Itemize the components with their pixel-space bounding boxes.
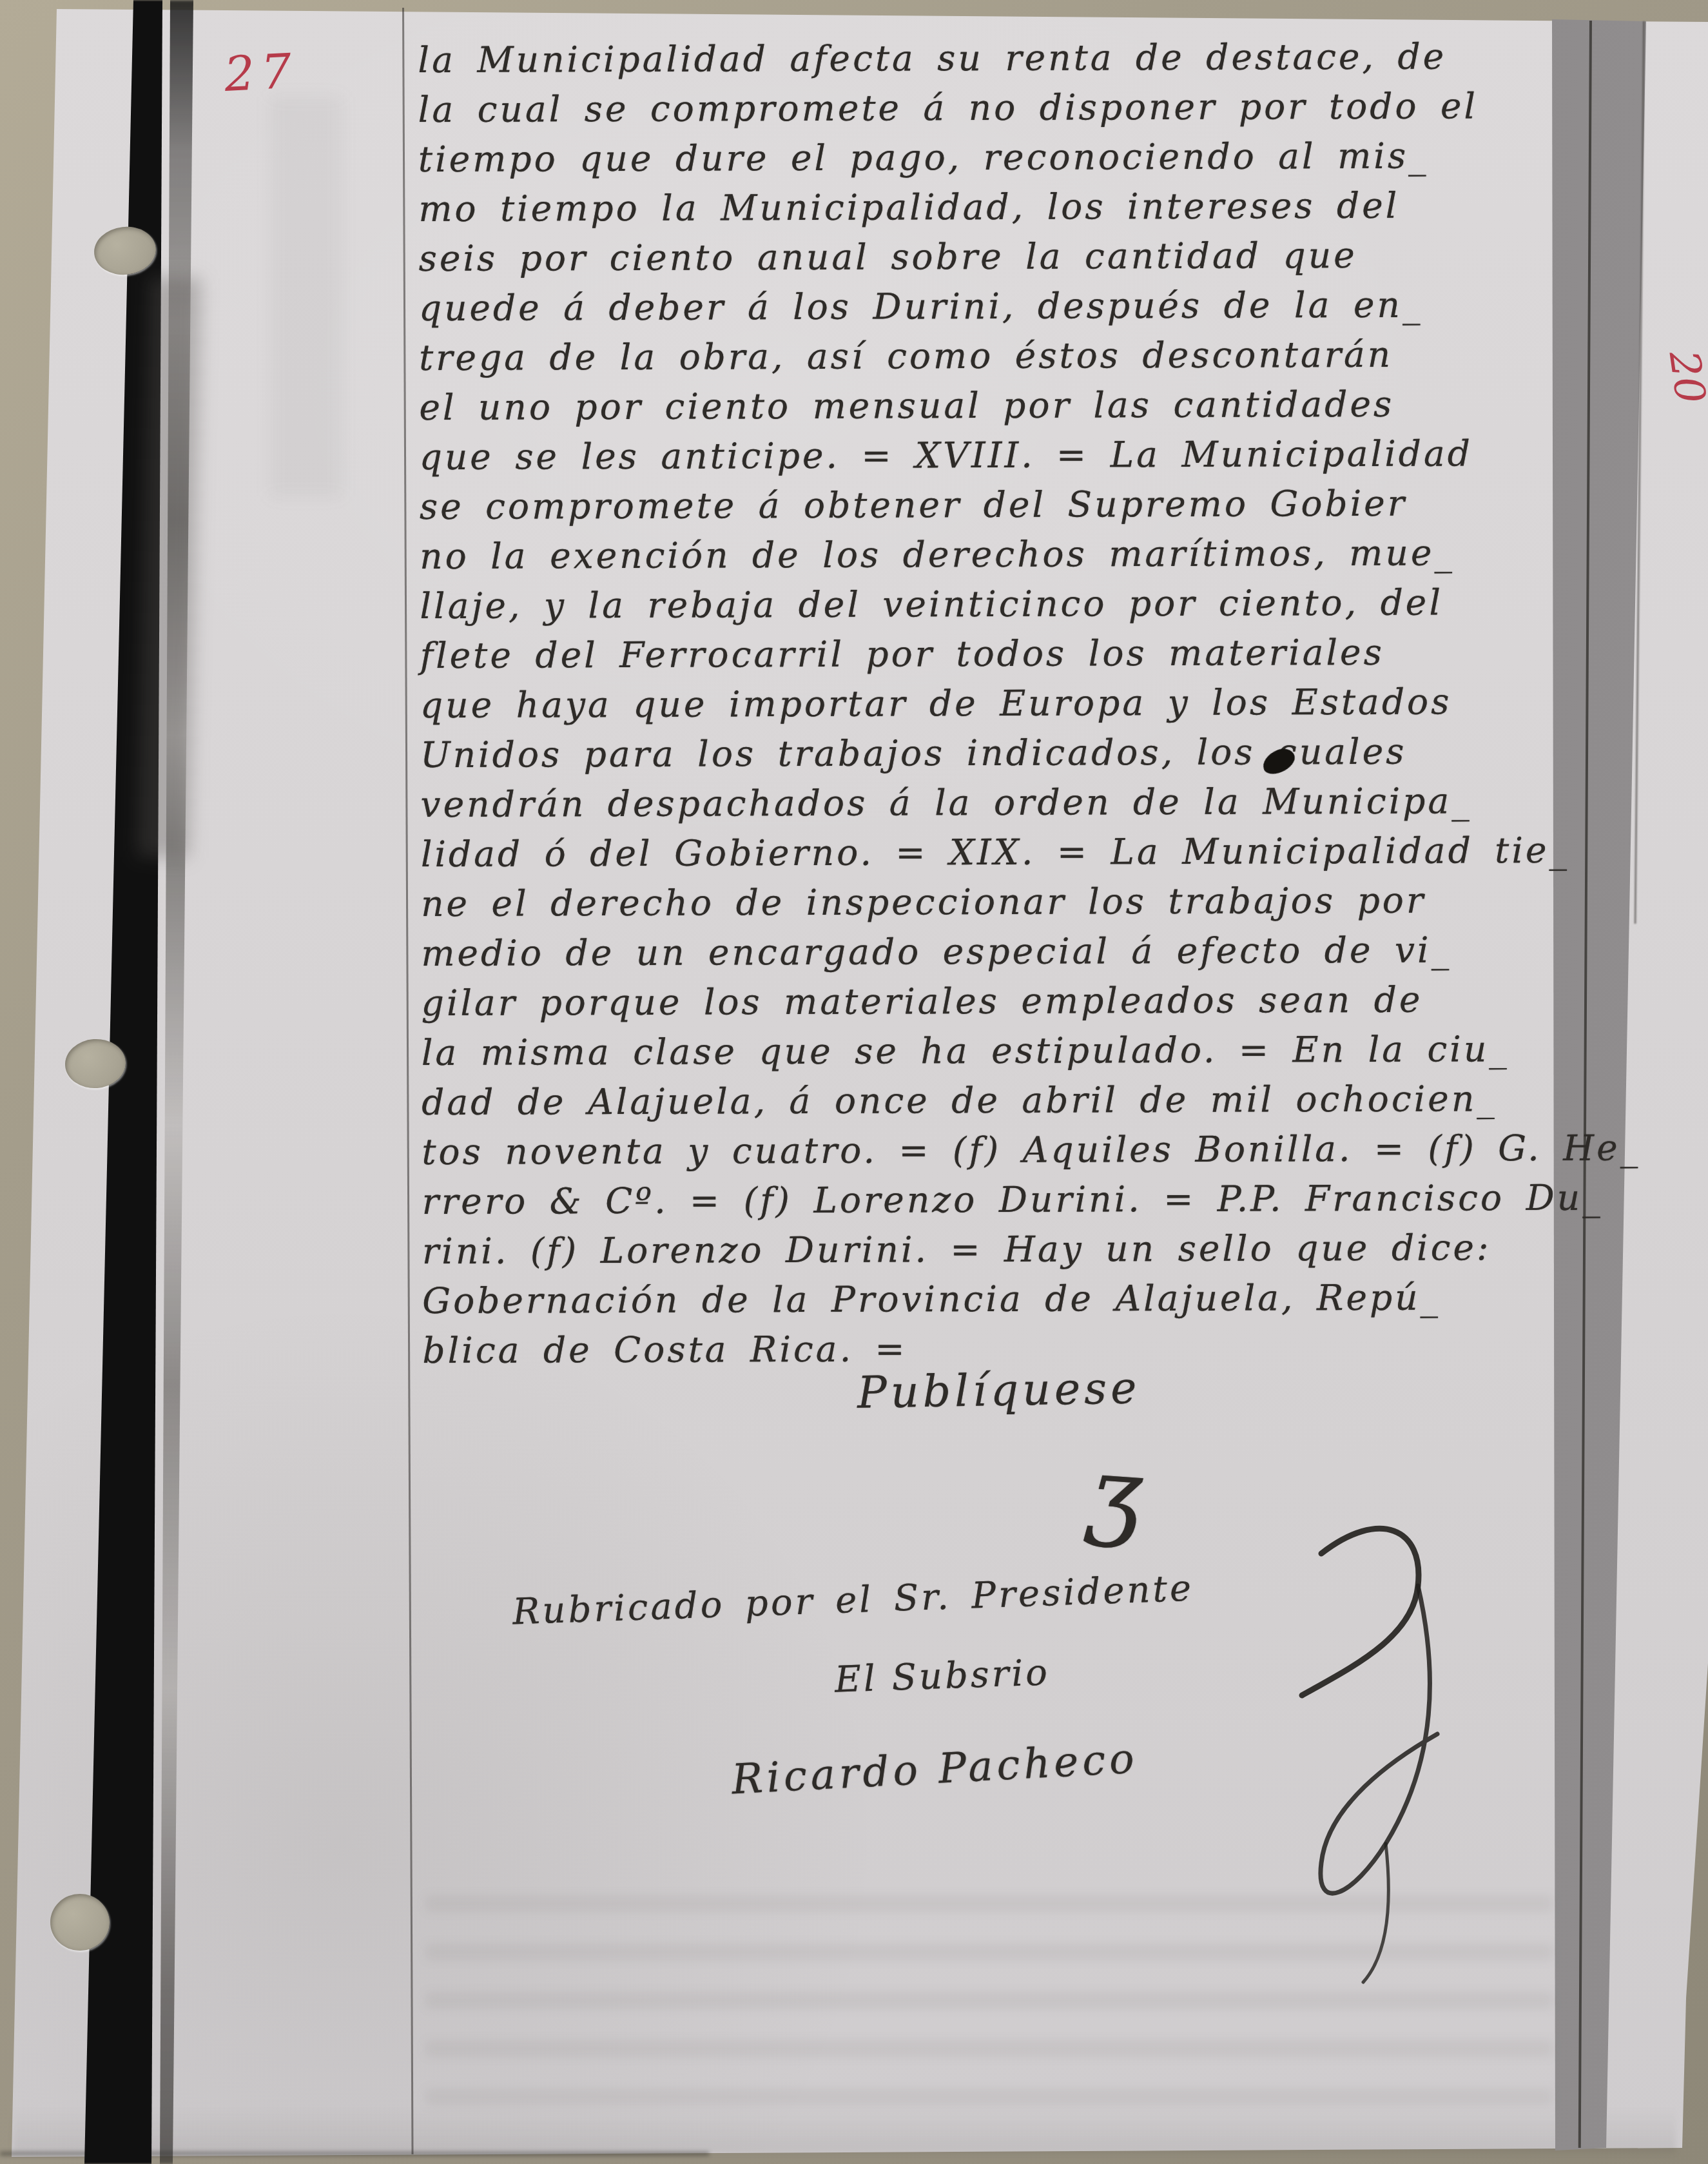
manuscript-line: trega de la obra, así como éstos descont…	[419, 329, 1553, 383]
manuscript-line: medio de un encargado especial á efecto …	[421, 925, 1555, 979]
manuscript-line: Gobernación de la Provincia de Alajuela,…	[422, 1272, 1557, 1326]
rubric-flourish: ʒ	[1084, 1436, 1147, 1551]
manuscript-line: la Municipalidad afecta su renta de dest…	[418, 32, 1552, 85]
manuscript-line: la cual se compromete á no disponer por …	[418, 81, 1553, 135]
manuscript-line: rrero & Cº. = (f) Lorenzo Durini. = P.P.…	[422, 1173, 1557, 1227]
punch-hole-bottom	[50, 1894, 110, 1951]
manuscript-line: flete del Ferrocarril por todos los mate…	[420, 627, 1555, 681]
scanned-manuscript-photo: 27 20 la Municipalidad afecta su renta d…	[0, 0, 1708, 2164]
secretary-title-line: El Subsrio	[834, 1652, 1051, 1701]
manuscript-line: que se les anticipe. = XVIII. = La Munic…	[420, 429, 1554, 482]
manuscript-line: tiempo que dure el pago, reconociendo al…	[418, 131, 1553, 184]
manuscript-line: tos noventa y cuatro. = (f) Aquiles Boni…	[422, 1124, 1556, 1177]
manuscript-line: no la exención de los derechos marítimos…	[420, 528, 1554, 581]
manuscript-line: quede á deber á los Durini, después de l…	[419, 280, 1553, 333]
manuscript-line: gilar porque los materiales empleados se…	[421, 975, 1555, 1028]
manuscript-line: el uno por ciento mensual por las cantid…	[419, 379, 1553, 433]
manuscript-line: vendrán despachados á la orden de la Mun…	[420, 776, 1555, 830]
manuscript-line: mo tiempo la Municipalidad, los interese…	[418, 180, 1553, 234]
paper-bottom-shading	[13, 2108, 1676, 2153]
manuscript-line: lidad ó del Gobierno. = XIX. = La Munici…	[421, 826, 1555, 879]
red-page-number: 27	[223, 43, 300, 102]
manuscript-text-column: la Municipalidad afecta su renta de dest…	[418, 32, 1557, 1376]
manuscript-line: seis por ciento anual sobre la cantidad …	[418, 230, 1553, 284]
manuscript-line: llaje, y la rebaja del veinticinco por c…	[420, 578, 1554, 631]
bleedthrough-patch	[271, 97, 342, 496]
manuscript-line: que haya que importar de Europa y los Es…	[420, 677, 1555, 730]
manuscript-line: la misma clase que se ha estipulado. = E…	[422, 1024, 1556, 1078]
manuscript-line: ne el derecho de inspeccionar los trabaj…	[421, 875, 1555, 929]
publish-order-line: Publíquese	[857, 1363, 1141, 1419]
manuscript-line: rini. (f) Lorenzo Durini. = Hay un sello…	[422, 1223, 1557, 1276]
manuscript-line: Unidos para los trabajos indicados, los …	[420, 726, 1555, 780]
manuscript-line: dad de Alajuela, á once de abril de mil …	[422, 1074, 1556, 1127]
bleedthrough-text-rows	[425, 1895, 1553, 2108]
manuscript-line: se compromete á obtener del Supremo Gobi…	[420, 478, 1554, 532]
